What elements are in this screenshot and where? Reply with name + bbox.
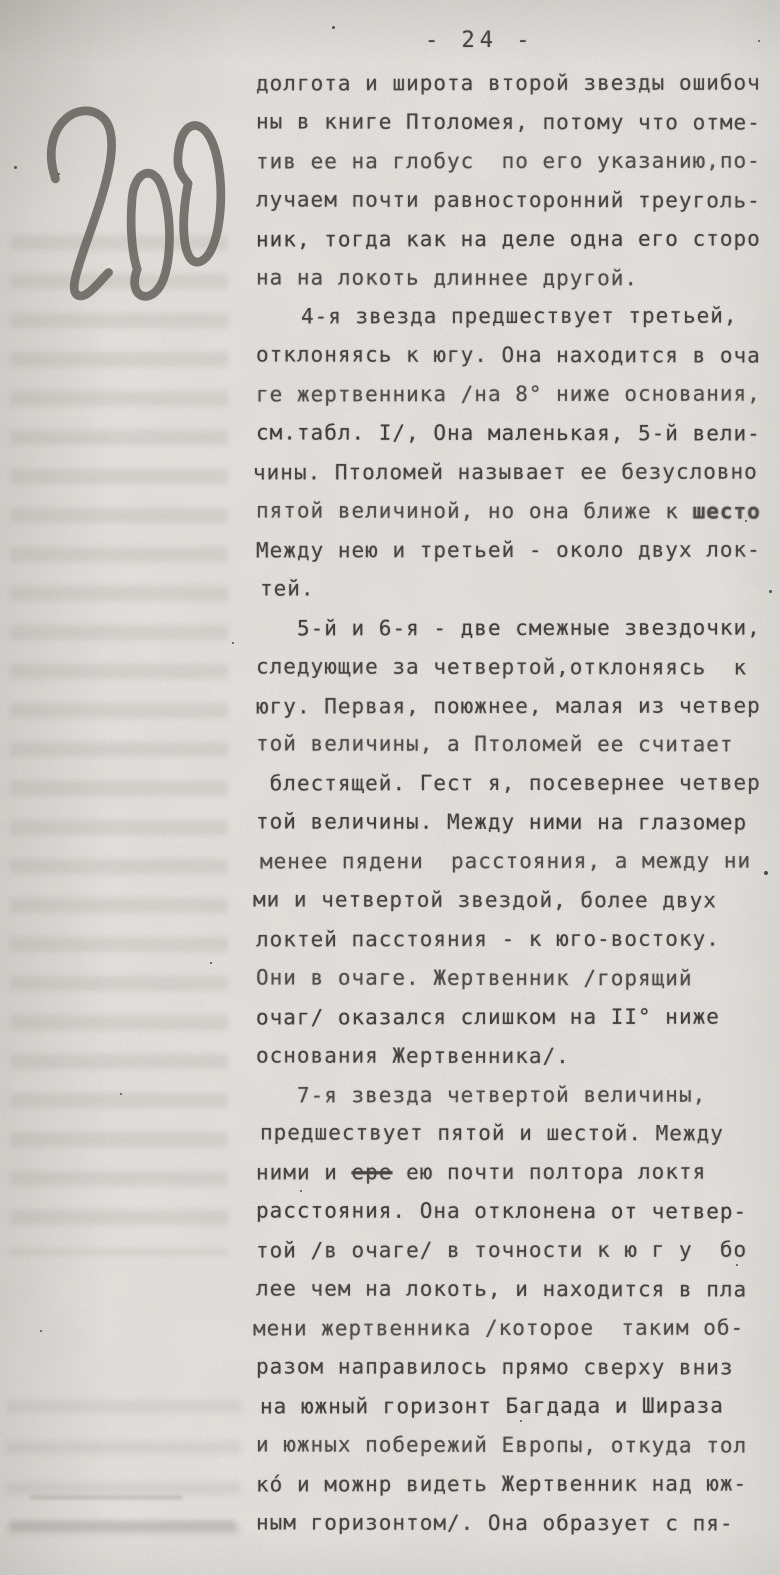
typed-segment: 5-й и 6-я - две смежные звездочки, [256,615,761,640]
typed-segment: на южный горизонт Багдада и Шираза [260,1393,724,1418]
typed-line: ны в книге Птоломея, потому что отме- [256,102,778,142]
ink-speck [232,642,234,644]
scanned-page: - 24 - долгота и широта второй звезды ош… [0,0,780,1575]
typed-line: лее чем на локоть, и находится в пла [256,1270,778,1310]
typed-line: той величины. Между ними на глазомер [256,803,778,843]
typed-line: на южный горизонт Багдада и Шираза [260,1386,778,1426]
typed-segment: тей. [260,576,315,600]
typed-line: 7-я звезда четвертой величины, [256,1075,778,1115]
typed-segment: 4-я звезда предшествует третьей, [260,304,738,329]
typed-line: долгота и широта второй звезды ошибоч [256,64,778,104]
bleedthrough-underline [30,1496,182,1499]
typed-segment: отклоняясь к югу. Она находится в оча [256,343,761,368]
typed-line: менее пядени расстояния, а между ни [260,842,778,882]
typed-line: той /в очаге/ в точности к ю г у бо [256,1231,778,1271]
typed-line: ними и ере ею почти полтора локтя [256,1153,778,1193]
typed-line: чины. Птоломей называет ее безусловно [253,453,778,493]
typed-segment: кó и можнр видеть Жертвенник над юж- [256,1471,747,1496]
typed-segment: югу. Первая, поюжнее, малая из четвер [256,693,761,718]
typed-segment: предшествует пятой и шестой. Между [260,1121,724,1146]
typed-segment: блестящей. Гест я, посевернее четвер [256,771,761,796]
typed-segment: пятой величиной, но она ближе к [256,498,693,523]
typed-segment: той величины, а Птоломей ее считает [256,732,734,757]
typed-line: и южных побережий Европы, откуда тол [256,1425,778,1465]
ink-speck [758,40,760,42]
typed-segment: тив ее на глобус по его указанию,по- [256,148,761,173]
typed-segment-strike: ере [351,1161,392,1185]
typed-line: мени жертвенника /которое таким об- [253,1309,778,1349]
ink-speck [120,1093,122,1095]
typed-line: тей. [260,569,778,609]
typed-segment: основания Жертвенника/. [256,1043,570,1068]
typed-segment: Они в очаге. Жертвенник /горящий [256,965,693,990]
typed-line: следующие за четвертой,отклоняясь к [256,647,778,687]
typed-line: ник, тогда как на деле одна его сторо [256,219,778,259]
typed-line: лучаем почти равносторонний треуголь- [256,180,778,220]
pencil-digit-0 [173,123,229,263]
typed-line: тив ее на глобус по его указанию,по- [256,141,778,181]
typed-segment: чины. Птоломей называет ее безусловно [253,460,758,485]
typed-line: ным горизонтом/. Она образует с пя- [256,1503,778,1543]
typed-line: ми и четвертой звездой, более двух [253,880,778,920]
typed-line: на на локоть длиннее другой. [256,258,778,298]
typed-line: см.табл. I/, Она маленькая, 5-й вели- [256,414,778,454]
typed-segment: ею почти полтора локтя [392,1160,706,1185]
page-number-heading: - 24 - [425,28,534,53]
typed-segment: той величины. Между ними на глазомер [256,810,747,835]
typed-line: расстояния. Она отклонена от четвер- [256,1192,778,1232]
bleedthrough-footnote [10,1520,235,1531]
typed-segment-bold: шесто [693,499,761,523]
typed-segment: ними и [256,1161,352,1185]
typed-line: 5-й и 6-я - две смежные звездочки, [256,608,778,648]
typed-segment: ге жертвенника /на 8° ниже основания, [256,382,761,407]
typed-segment: мени жертвенника /которое таким об- [253,1316,744,1341]
typed-line: Между нею и третьей - около двух лок- [256,530,778,570]
typed-line: разом направилось прямо сверху вниз [256,1347,778,1387]
typed-line: Они в очаге. Жертвенник /горящий [256,958,778,998]
typed-line: кó и можнр видеть Жертвенник над юж- [256,1464,778,1504]
typed-segment: следующие за четвертой,отклоняясь к [256,654,747,679]
typed-line: предшествует пятой и шестой. Между [260,1114,778,1154]
typed-segment: 7-я звезда четвертой величины, [256,1082,706,1107]
typed-segment: очаг/ оказался слишком на II° ниже [256,1004,720,1029]
typed-segment: локтей пасстояния - к юго-востоку. [256,927,720,952]
typed-segment: ным горизонтом/. Она образует с пя- [256,1510,734,1535]
typed-segment: ник, тогда как на деле одна его сторо [256,226,761,251]
handwritten-page-number [2,57,253,327]
typed-segment: лее чем на локоть, и находится в пла [256,1277,747,1302]
bleedthrough-bottom-left [6,1400,241,1550]
typed-segment: расстояния. Она отклонена от четвер- [256,1199,747,1224]
typed-line: блестящей. Гест я, посевернее четвер [256,764,778,804]
typed-segment: менее пядени расстояния, а между ни [260,849,751,874]
typed-segment: и южных побережий Европы, откуда тол [256,1432,747,1457]
ink-speck [210,962,212,964]
typed-line: основания Жертвенника/. [256,1036,778,1076]
bleedthrough-left-column [10,235,228,1255]
typed-text-block: долгота и широта второй звезды ошибочны … [256,64,778,1542]
typed-segment: долгота и широта второй звезды ошибоч [256,71,761,96]
pencil-digit-2 [47,108,128,297]
ink-speck [332,26,335,29]
typed-line: очаг/ оказался слишком на II° ниже [256,997,778,1037]
typed-line: отклоняясь к югу. Она находится в оча [256,336,778,376]
typed-segment: Между нею и третьей - около двух лок- [256,537,761,562]
typed-line: 4-я звезда предшествует третьей, [260,297,778,337]
typed-line: локтей пасстояния - к юго-востоку. [256,919,778,959]
typed-segment: ны в книге Птоломея, потому что отме- [256,109,761,134]
typed-line: югу. Первая, поюжнее, малая из четвер [256,686,778,726]
typed-line: той величины, а Птоломей ее считает [256,725,778,765]
typed-line: пятой величиной, но она ближе к шесто [256,491,778,531]
typed-segment: лучаем почти равносторонний треуголь- [256,187,761,212]
ink-speck [40,1330,42,1332]
typed-segment: той /в очаге/ в точности к ю г у бо [256,1238,747,1263]
typed-segment: на на локоть длиннее другой. [256,265,638,290]
typed-segment: см.табл. I/, Она маленькая, 5-й вели- [256,421,761,446]
pencil-digit-0 [123,171,176,297]
typed-segment: ми и четвертой звездой, более двух [253,887,717,912]
typed-segment: разом направилось прямо сверху вниз [256,1354,734,1379]
typed-line: ге жертвенника /на 8° ниже основания, [256,375,778,415]
